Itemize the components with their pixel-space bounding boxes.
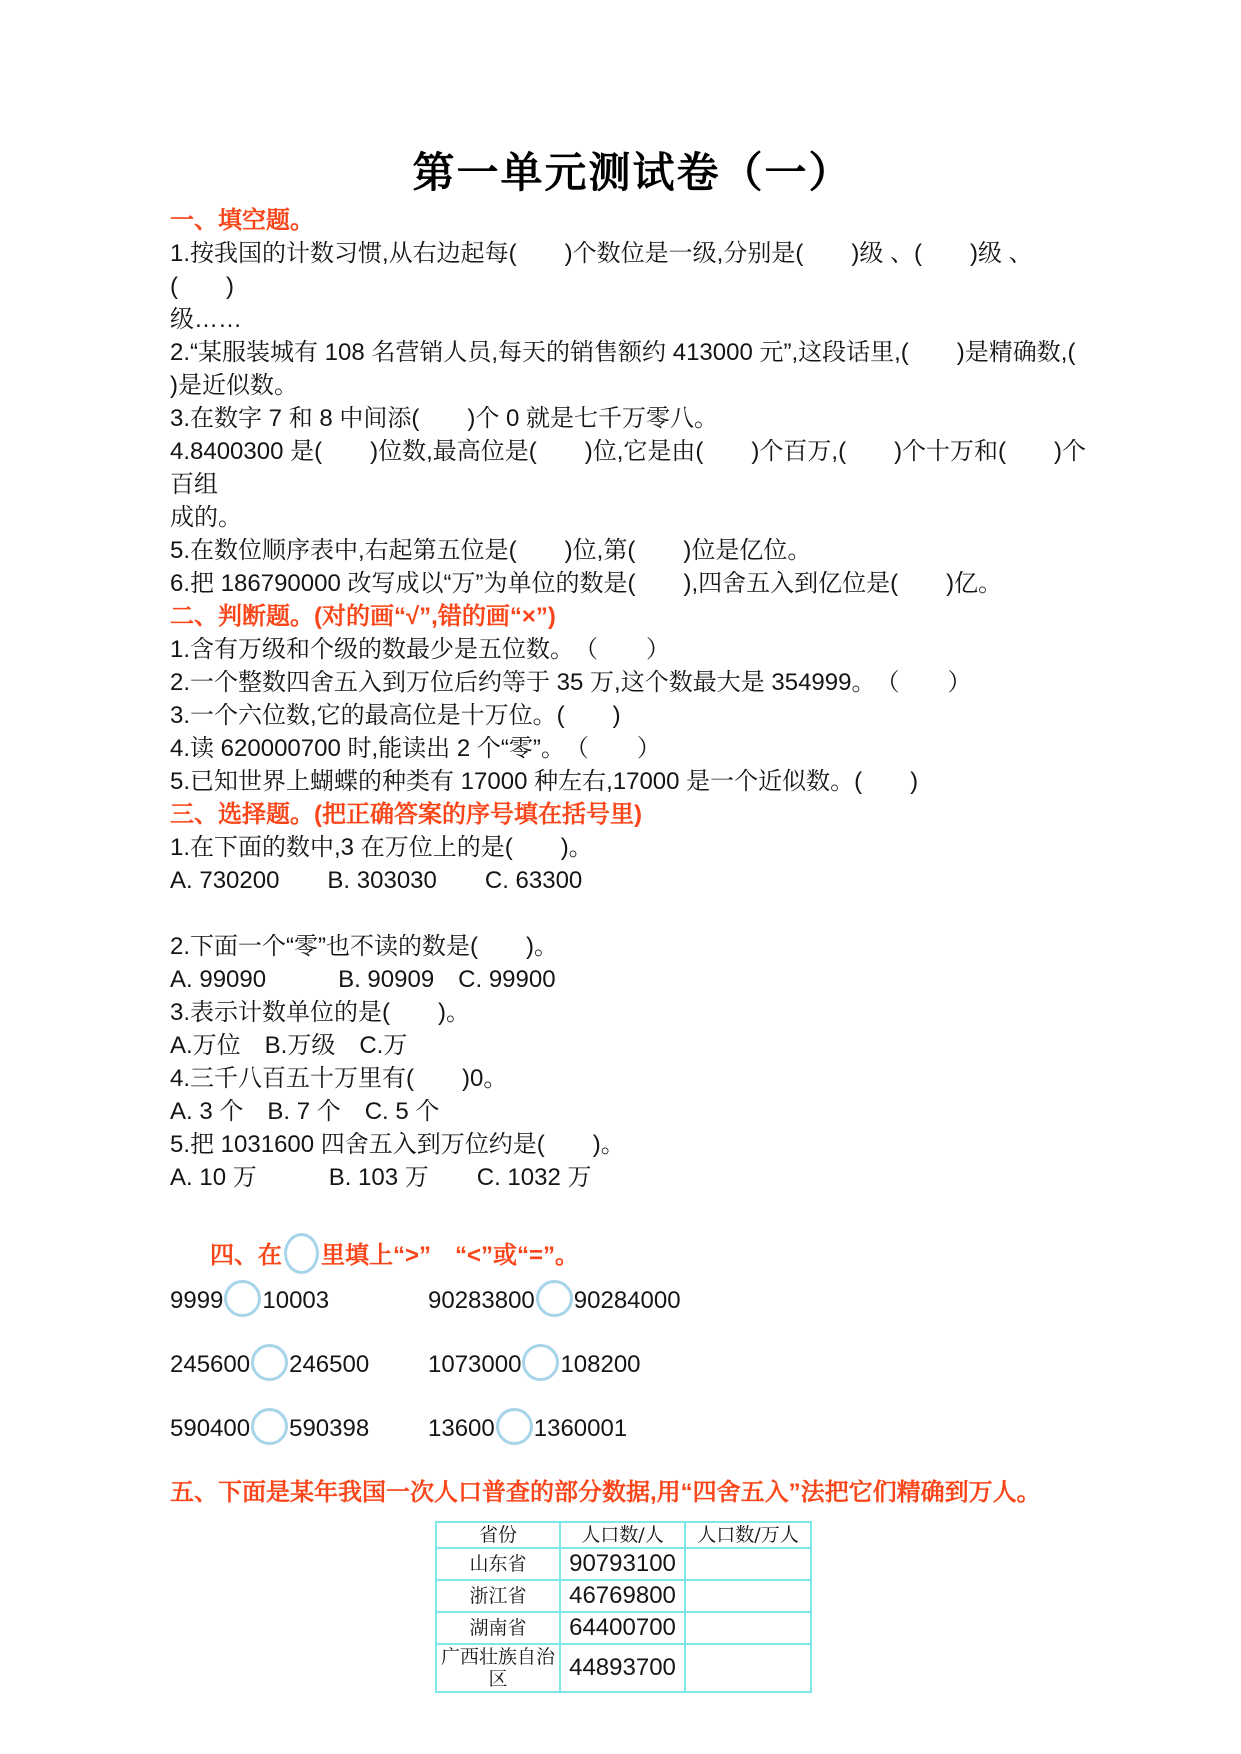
choice-question: 1.在下面的数中,3 在万位上的是( )。 xyxy=(170,831,1095,864)
blank-line xyxy=(170,897,1095,930)
comparison-pair: 999910003 xyxy=(170,1280,428,1320)
table-row: 湖南省 64400700 xyxy=(436,1612,811,1644)
section-4-heading: 四、在里填上“>” “<”或“=”。 xyxy=(170,1194,1095,1244)
province-cell: 广西壮族自治区 xyxy=(436,1644,560,1692)
comparison-number: 245600 xyxy=(170,1351,250,1378)
comparison-number: 9999 xyxy=(170,1287,223,1314)
comparison-number: 1073000 xyxy=(428,1351,521,1378)
column-header-population: 人口数/人 xyxy=(560,1522,685,1548)
comparison-number: 246500 xyxy=(289,1351,369,1378)
compare-circle-icon xyxy=(224,1280,261,1317)
rounded-answer-cell xyxy=(685,1612,811,1644)
comparison-number: 90284000 xyxy=(574,1287,681,1314)
choice-options: A.万位 B.万级 C.万 xyxy=(170,1029,1095,1062)
rounded-answer-cell xyxy=(685,1580,811,1612)
comparison-row: 9999100039028380090284000 xyxy=(170,1280,1095,1318)
compare-circle-icon xyxy=(522,1344,559,1381)
worksheet-page: 第一单元测试卷（一） 一、填空题。 1.按我国的计数习惯,从右边起每( )个数位… xyxy=(0,0,1241,1754)
table-row: 山东省 90793100 xyxy=(436,1548,811,1580)
census-table-header-row: 省份 人口数/人 人口数/万人 xyxy=(436,1522,811,1548)
table-row: 广西壮族自治区 44893700 xyxy=(436,1644,811,1692)
section-5-heading: 五、下面是某年我国一次人口普查的部分数据,用“四舍五入”法把它们精确到万人。 xyxy=(170,1476,1095,1509)
population-cell: 44893700 xyxy=(560,1644,685,1692)
comparison-number: 590400 xyxy=(170,1415,250,1442)
fill-blank-question: 2.“某服装城有 108 名营销人员,每天的销售额约 413000 元”,这段话… xyxy=(170,336,1095,369)
choice-question: 2.下面一个“零”也不读的数是( )。 xyxy=(170,930,1095,963)
province-cell: 浙江省 xyxy=(436,1580,560,1612)
choice-options: A. 730200 B. 303030 C. 63300 xyxy=(170,864,1095,897)
choice-options: A. 10 万 B. 103 万 C. 1032 万 xyxy=(170,1161,1095,1194)
choice-options: A. 99090 B. 90909 C. 99900 xyxy=(170,963,1095,996)
choice-question: 5.把 1031600 四舍五入到万位约是( )。 xyxy=(170,1128,1095,1161)
rounded-answer-cell xyxy=(685,1644,811,1692)
population-cell: 90793100 xyxy=(560,1548,685,1580)
population-cell: 64400700 xyxy=(560,1612,685,1644)
comparison-pair: 590400590398 xyxy=(170,1408,428,1448)
true-false-question: 1.含有万级和个级的数最少是五位数。 （ ） xyxy=(170,633,1095,666)
comparison-number: 10003 xyxy=(262,1287,329,1314)
section-4-heading-prefix: 四、在 xyxy=(210,1242,282,1269)
fill-blank-question: 1.按我国的计数习惯,从右边起每( )个数位是一级,分别是( )级 、( )级 … xyxy=(170,237,1095,303)
choice-options: A. 3 个 B. 7 个 C. 5 个 xyxy=(170,1095,1095,1128)
fill-blank-question: 4.8400300 是( )位数,最高位是( )位,它是由( )个百万,( )个… xyxy=(170,435,1095,501)
fill-blank-question: 5.在数位顺序表中,右起第五位是( )位,第( )位是亿位。 xyxy=(170,534,1095,567)
true-false-question: 5.已知世界上蝴蝶的种类有 17000 种左右,17000 是一个近似数。( ) xyxy=(170,765,1095,798)
column-header-rounded: 人口数/万人 xyxy=(685,1522,811,1548)
true-false-question: 3.一个六位数,它的最高位是十万位。( ) xyxy=(170,699,1095,732)
fill-blank-question: 成的。 xyxy=(170,501,1095,534)
true-false-question: 4.读 620000700 时,能读出 2 个“零”。 （ ） xyxy=(170,732,1095,765)
comparison-number: 1360001 xyxy=(534,1415,627,1442)
compare-circle-icon xyxy=(251,1344,288,1381)
comparison-number: 108200 xyxy=(560,1351,640,1378)
section-2-heading: 二、判断题。(对的画“√”,错的画“×”) xyxy=(170,600,1095,633)
compare-circle-icon xyxy=(496,1408,533,1445)
comparison-number: 90283800 xyxy=(428,1287,535,1314)
page-title: 第一单元测试卷（一） xyxy=(170,146,1095,200)
comparison-number: 13600 xyxy=(428,1415,495,1442)
compare-circle-icon xyxy=(536,1280,573,1317)
comparison-pair: 136001360001 xyxy=(428,1408,627,1448)
fill-blank-question: )是近似数。 xyxy=(170,369,1095,402)
province-cell: 湖南省 xyxy=(436,1612,560,1644)
comparison-pair: 1073000108200 xyxy=(428,1344,641,1384)
table-row: 浙江省 46769800 xyxy=(436,1580,811,1612)
column-header-province: 省份 xyxy=(436,1522,560,1548)
worksheet-content: 第一单元测试卷（一） 一、填空题。 1.按我国的计数习惯,从右边起每( )个数位… xyxy=(170,146,1095,1693)
province-cell: 山东省 xyxy=(436,1548,560,1580)
fill-blank-question: 6.把 186790000 改写成以“万”为单位的数是( ),四舍五入到亿位是(… xyxy=(170,567,1095,600)
rounded-answer-cell xyxy=(685,1548,811,1580)
population-cell: 46769800 xyxy=(560,1580,685,1612)
choice-question: 3.表示计数单位的是( )。 xyxy=(170,996,1095,1029)
section-3-heading: 三、选择题。(把正确答案的序号填在括号里) xyxy=(170,798,1095,831)
comparison-number: 590398 xyxy=(289,1415,369,1442)
comparison-row: 2456002465001073000108200 xyxy=(170,1344,1095,1382)
comparison-pair: 245600246500 xyxy=(170,1344,428,1384)
choice-question: 4.三千八百五十万里有( )0。 xyxy=(170,1062,1095,1095)
true-false-question: 2.一个整数四舍五入到万位后约等于 35 万,这个数最大是 354999。 （ … xyxy=(170,666,1095,699)
compare-circle-icon xyxy=(284,1233,319,1274)
census-table: 省份 人口数/人 人口数/万人 山东省 90793100 浙江省 4676980… xyxy=(435,1521,812,1693)
comparison-row: 590400590398136001360001 xyxy=(170,1408,1095,1446)
comparison-pair: 9028380090284000 xyxy=(428,1280,681,1320)
fill-blank-question: 级…… xyxy=(170,303,1095,336)
compare-circle-icon xyxy=(251,1408,288,1445)
section-4-heading-suffix: 里填上“>” “<”或“=”。 xyxy=(321,1242,579,1269)
section-1-heading: 一、填空题。 xyxy=(170,204,1095,237)
fill-blank-question: 3.在数字 7 和 8 中间添( )个 0 就是七千万零八。 xyxy=(170,402,1095,435)
